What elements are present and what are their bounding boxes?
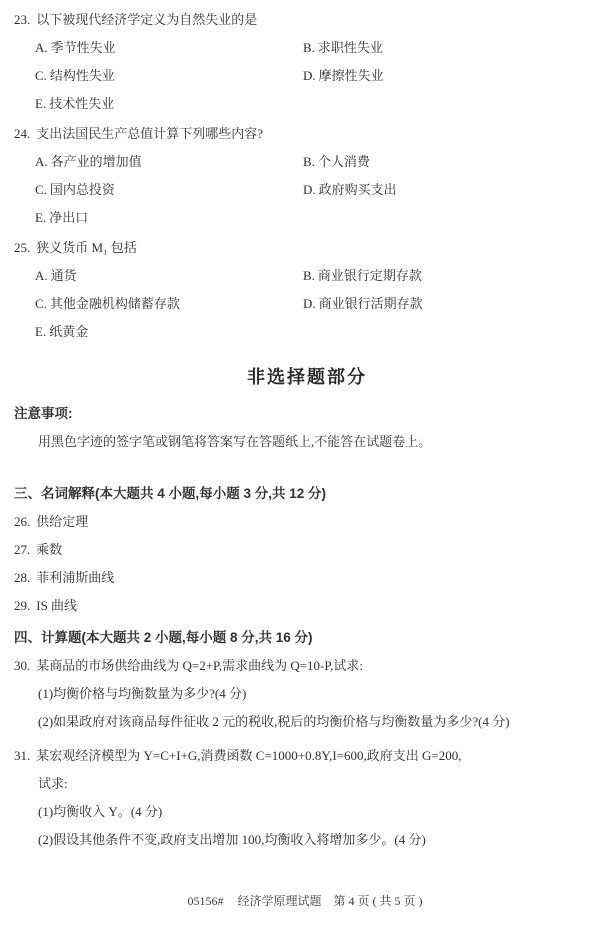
q31-stem: 某宏观经济模型为 Y=C+I+G,消费函数 C=1000+0.8Y,I=600,…: [36, 748, 461, 763]
footer-paper-code: 05156#: [187, 894, 223, 908]
q25-options-row-3: E.纸黄金: [35, 318, 600, 346]
q25-option-e-text: 纸黄金: [49, 324, 88, 339]
q25-options-row-2: C.其他金融机构储蓄存款 D.商业银行活期存款: [35, 290, 600, 318]
q25-option-e-label: E.: [35, 324, 46, 339]
q25-option-c-text: 其他金融机构储蓄存款: [50, 296, 180, 311]
question-25: 25.狭义货币 M₁ 包括 A.通货 B.商业银行定期存款 C.其他金融机构储蓄…: [14, 234, 600, 346]
q23-options-row-3: E.技术性失业: [35, 90, 600, 118]
term-29-number: 29.: [14, 598, 30, 613]
q25-option-a: A.通货: [35, 262, 303, 290]
term-29-text: IS 曲线: [36, 598, 77, 613]
question-23: 23.以下被现代经济学定义为自然失业的是 A.季节性失业 B.求职性失业 C.结…: [14, 6, 600, 118]
q24-option-e-text: 净出口: [49, 210, 88, 225]
q25-number: 25.: [14, 240, 30, 255]
footer-paper-title: 经济学原理试题: [237, 894, 321, 908]
notice-body: 用黑色字迹的签字笔或钢笔将答案写在答题纸上,不能答在试题卷上。: [38, 428, 600, 456]
term-28-number: 28.: [14, 570, 30, 585]
q24-options: A.各产业的增加值 B.个人消费 C.国内总投资 D.政府购买支出: [35, 148, 600, 232]
q23-option-d-text: 摩擦性失业: [319, 68, 384, 83]
term-27-text: 乘数: [36, 542, 62, 557]
q24-option-c: C.国内总投资: [35, 176, 303, 204]
q25-options: A.通货 B.商业银行定期存款 C.其他金融机构储蓄存款 D.商业银行活期存款: [35, 262, 600, 346]
q24-stem-line: 24.支出法国民生产总值计算下列哪些内容?: [14, 120, 600, 148]
q23-option-b-label: B.: [303, 40, 315, 55]
section3-heading: 三、名词解释(本大题共 4 小题,每小题 3 分,共 12 分): [14, 480, 600, 508]
q24-stem: 支出法国民生产总值计算下列哪些内容?: [36, 126, 263, 141]
q24-option-d-label: D.: [303, 182, 316, 197]
q24-number: 24.: [14, 126, 30, 141]
notice-title: 注意事项:: [14, 400, 600, 428]
q25-option-b-text: 商业银行定期存款: [318, 268, 422, 283]
q25-option-b: B.商业银行定期存款: [303, 262, 422, 290]
q25-option-c-label: C.: [35, 296, 47, 311]
q23-option-d: D.摩擦性失业: [303, 62, 384, 90]
q23-option-d-label: D.: [303, 68, 316, 83]
section4-heading: 四、计算题(本大题共 2 小题,每小题 8 分,共 16 分): [14, 624, 600, 652]
non-mc-section-title: 非选择题部分: [14, 362, 600, 392]
q30-number: 30.: [14, 658, 30, 673]
q24-option-b-label: B.: [303, 154, 315, 169]
q25-option-a-label: A.: [35, 268, 48, 283]
q23-number: 23.: [14, 12, 30, 27]
q30-sub2: (2)如果政府对该商品每件征收 2 元的税收,税后的均衡价格与均衡数量为多少?(…: [38, 708, 600, 736]
q31-stem2: 试求:: [38, 770, 600, 798]
q24-option-d-text: 政府购买支出: [319, 182, 397, 197]
q23-option-c: C.结构性失业: [35, 62, 303, 90]
q24-option-d: D.政府购买支出: [303, 176, 397, 204]
q25-option-a-text: 通货: [51, 268, 77, 283]
q31-sub2: (2)假设其他条件不变,政府支出增加 100,均衡收入将增加多少。(4 分): [38, 826, 600, 854]
q23-option-b: B.求职性失业: [303, 34, 383, 62]
term-27: 27.乘数: [14, 536, 600, 564]
q23-option-a-text: 季节性失业: [51, 40, 116, 55]
page-content: 23.以下被现代经济学定义为自然失业的是 A.季节性失业 B.求职性失业 C.结…: [0, 0, 610, 854]
q23-option-b-text: 求职性失业: [318, 40, 383, 55]
q24-options-row-3: E.净出口: [35, 204, 600, 232]
q24-options-row-1: A.各产业的增加值 B.个人消费: [35, 148, 600, 176]
footer-page-info: 第 4 页 ( 共 5 页 ): [334, 894, 423, 908]
q23-option-c-text: 结构性失业: [50, 68, 115, 83]
q23-options: A.季节性失业 B.求职性失业 C.结构性失业 D.摩擦性失业: [35, 34, 600, 118]
q23-options-row-1: A.季节性失业 B.求职性失业: [35, 34, 600, 62]
q24-option-b-text: 个人消费: [318, 154, 370, 169]
q25-option-d-label: D.: [303, 296, 316, 311]
q31-sub1: (1)均衡收入 Y。(4 分): [38, 798, 600, 826]
q24-option-a: A.各产业的增加值: [35, 148, 303, 176]
page-footer: 05156#经济学原理试题第 4 页 ( 共 5 页 ): [0, 888, 610, 914]
q25-options-row-1: A.通货 B.商业银行定期存款: [35, 262, 600, 290]
q25-option-c: C.其他金融机构储蓄存款: [35, 290, 303, 318]
q23-stem: 以下被现代经济学定义为自然失业的是: [36, 12, 257, 27]
q23-option-a: A.季节性失业: [35, 34, 303, 62]
term-26-text: 供给定理: [36, 514, 88, 529]
q23-option-a-label: A.: [35, 40, 48, 55]
q23-stem-line: 23.以下被现代经济学定义为自然失业的是: [14, 6, 600, 34]
q24-option-a-text: 各产业的增加值: [51, 154, 142, 169]
term-28-text: 菲利浦斯曲线: [36, 570, 114, 585]
q23-options-row-2: C.结构性失业 D.摩擦性失业: [35, 62, 600, 90]
q24-options-row-2: C.国内总投资 D.政府购买支出: [35, 176, 600, 204]
q24-option-b: B.个人消费: [303, 148, 370, 176]
q23-option-c-label: C.: [35, 68, 47, 83]
q25-option-e: E.纸黄金: [35, 318, 303, 346]
q23-option-e: E.技术性失业: [35, 90, 303, 118]
term-29: 29.IS 曲线: [14, 592, 600, 620]
exam-paper-page: 23.以下被现代经济学定义为自然失业的是 A.季节性失业 B.求职性失业 C.结…: [0, 0, 610, 929]
q24-option-e-label: E.: [35, 210, 46, 225]
q23-option-e-text: 技术性失业: [49, 96, 114, 111]
term-28: 28.菲利浦斯曲线: [14, 564, 600, 592]
q25-option-d-text: 商业银行活期存款: [319, 296, 423, 311]
question-24: 24.支出法国民生产总值计算下列哪些内容? A.各产业的增加值 B.个人消费 C…: [14, 120, 600, 232]
q24-option-c-label: C.: [35, 182, 47, 197]
q23-option-e-label: E.: [35, 96, 46, 111]
q25-stem: 狭义货币 M₁ 包括: [36, 240, 137, 255]
question-31-stem-line: 31.某宏观经济模型为 Y=C+I+G,消费函数 C=1000+0.8Y,I=6…: [14, 742, 600, 770]
q24-option-e: E.净出口: [35, 204, 303, 232]
q25-stem-line: 25.狭义货币 M₁ 包括: [14, 234, 600, 262]
q24-option-a-label: A.: [35, 154, 48, 169]
question-30-stem-line: 30.某商品的市场供给曲线为 Q=2+P,需求曲线为 Q=10-P,试求:: [14, 652, 600, 680]
term-27-number: 27.: [14, 542, 30, 557]
q25-option-b-label: B.: [303, 268, 315, 283]
q24-option-c-text: 国内总投资: [50, 182, 115, 197]
q30-stem: 某商品的市场供给曲线为 Q=2+P,需求曲线为 Q=10-P,试求:: [36, 658, 363, 673]
q31-number: 31.: [14, 748, 30, 763]
term-26-number: 26.: [14, 514, 30, 529]
q25-option-d: D.商业银行活期存款: [303, 290, 423, 318]
term-26: 26.供给定理: [14, 508, 600, 536]
q30-sub1: (1)均衡价格与均衡数量为多少?(4 分): [38, 680, 600, 708]
